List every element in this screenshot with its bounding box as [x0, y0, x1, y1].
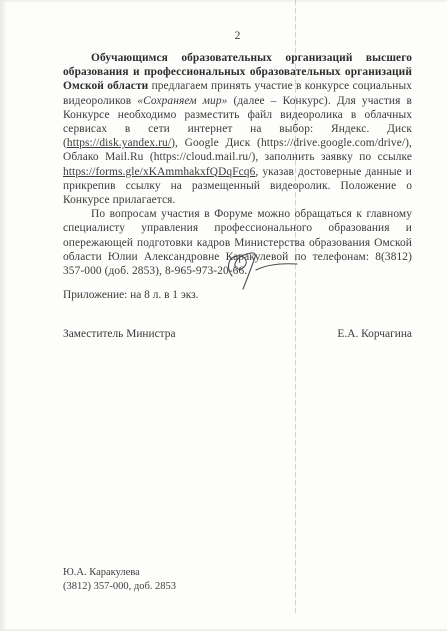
signatory-position: Заместитель Министра [63, 327, 176, 341]
letter-content: 2 Обучающимся образовательных организаци… [63, 30, 412, 342]
signatory-name: Е.А. Корчагина [337, 327, 412, 341]
document-page: 2 Обучающимся образовательных организаци… [0, 0, 447, 631]
paragraph-invitation: Обучающимся образовательных организаций … [63, 51, 412, 207]
executor-phone: (3812) 357-000, доб. 2853 [63, 580, 176, 594]
executor-name: Ю.А. Каракулева [63, 566, 176, 580]
paragraph-contacts: По вопросам участия в Форуме можно обращ… [63, 207, 412, 278]
page-number: 2 [63, 30, 412, 42]
application-form-link[interactable]: https://forms.gle/xKAmmhakxfQDqFcq6 [63, 166, 255, 178]
executor-contact: Ю.А. Каракулева (3812) 357-000, доб. 285… [63, 566, 176, 593]
scan-left-edge [0, 0, 7, 631]
contest-title: «Сохраняем мир» [137, 95, 227, 107]
yandex-disk-link[interactable]: https://disk.yandex.ru/ [67, 137, 171, 149]
signature-block: Заместитель Министра Е.А. Корчагина [63, 327, 412, 341]
attachment-note: Приложение: на 8 л. в 1 экз. [63, 288, 412, 302]
scan-top-edge [0, 0, 447, 3]
